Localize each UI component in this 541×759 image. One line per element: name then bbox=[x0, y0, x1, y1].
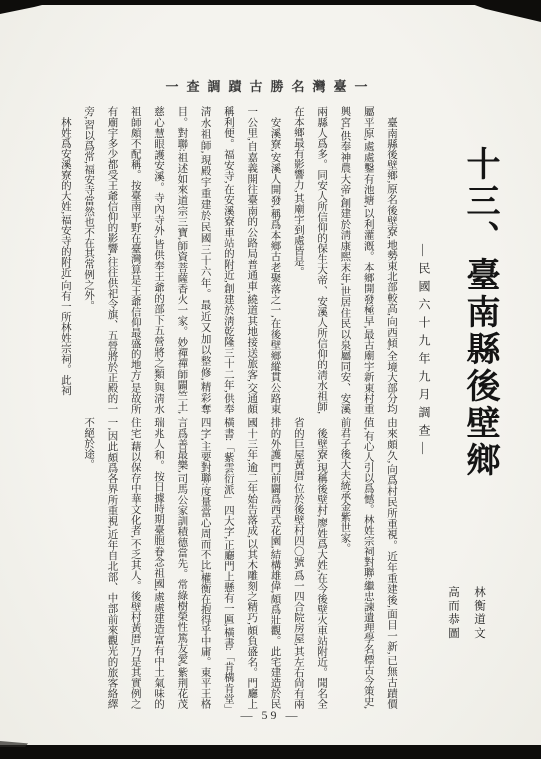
author-role: 文 bbox=[471, 627, 487, 641]
running-head: 一查調蹟古勝名灣臺一 bbox=[0, 76, 541, 95]
scan-edge-top bbox=[0, 0, 541, 5]
scan-corner-top-left bbox=[0, 0, 62, 14]
scan-smudge-bottom-left bbox=[0, 741, 28, 747]
author-name: 高而恭 bbox=[447, 586, 459, 627]
author-credits: 林衡道文 高而恭圖 bbox=[445, 586, 497, 666]
scanned-page: 一查調蹟古勝名灣臺一 十三、臺南縣後壁鄉 —民國六十九年九月調查— 林衡道文 高… bbox=[0, 0, 541, 759]
author-line: 高而恭圖 bbox=[445, 586, 471, 666]
author-name: 林衡道 bbox=[473, 586, 485, 627]
upper-text-block: 臺南縣後壁鄉,原名後壁寮,地勢東北部較高,向西傾,全境大部分均屬平原,處處鑿有池… bbox=[47, 106, 403, 414]
body-paragraph: 林姓爲安溪寮的大姓,福安寺的附近,向有一所林姓宗祠。此祠 bbox=[54, 106, 77, 414]
page-number: — 59 — bbox=[0, 708, 541, 723]
scan-corner-top-right bbox=[461, 0, 541, 22]
scan-edge-bottom bbox=[0, 745, 541, 759]
body-paragraph: 由來頗久,向爲村民所重視。近年重建後,面目一新,已無古蹟價值,有心人引以爲憾。林… bbox=[333, 417, 403, 709]
lower-text-block: 由來頗久,向爲村民所重視。近年重建後,面目一新,已無古蹟價值,有心人引以爲憾。林… bbox=[47, 417, 403, 709]
author-line: 林衡道文 bbox=[471, 586, 497, 666]
body-paragraph: 後壁寮,現稱後壁村,廖姓爲大姓,在今後壁火車站附近。聞名全省的巨屋黃厝,位於後壁… bbox=[77, 417, 333, 709]
article-subtitle: —民國六十九年九月調查— bbox=[416, 244, 433, 474]
body-paragraph: 安溪寮,安溪人開發,稱爲本鄉古老聚落之一,在後壁鄉縱貫公路東一公里,自嘉義開往臺… bbox=[77, 106, 287, 414]
article-title: 十三、臺南縣後壁鄉 bbox=[460, 146, 499, 491]
body-paragraph: 臺南縣後壁鄉,原名後壁寮,地勢東北部較高,向西傾,全境大部分均屬平原,處處鑿有池… bbox=[287, 106, 403, 414]
author-role: 圖 bbox=[445, 627, 461, 641]
